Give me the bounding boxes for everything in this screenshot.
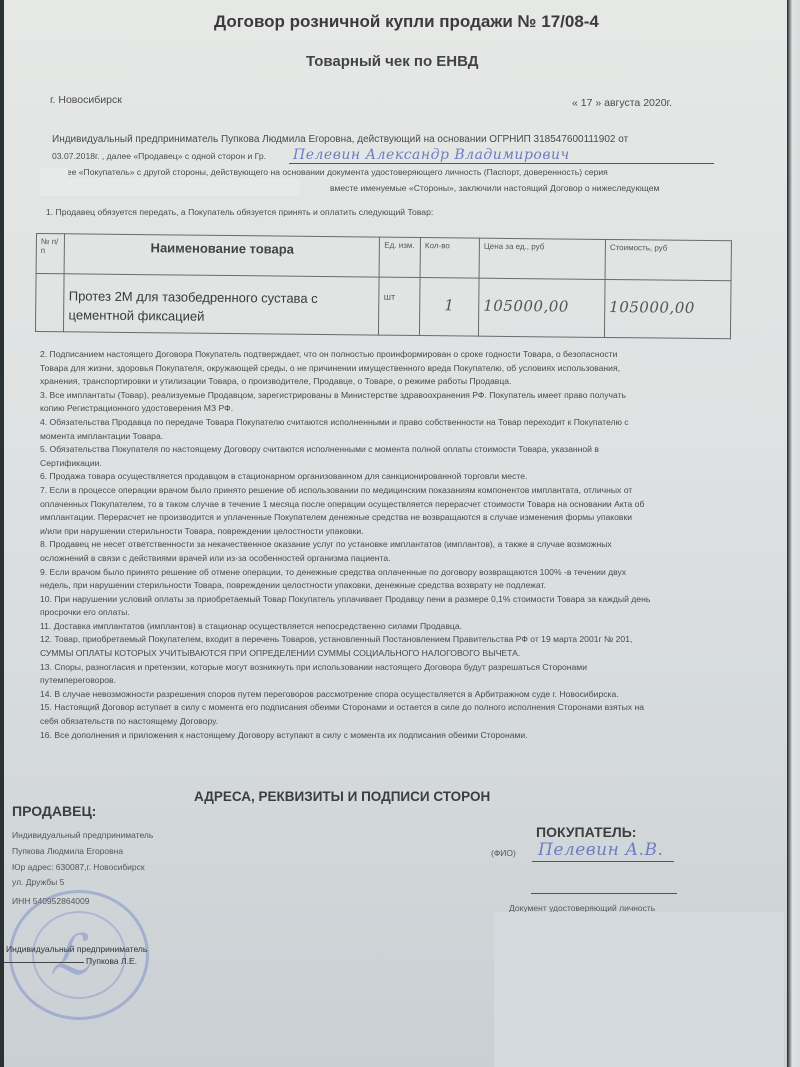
buyer-id-doc-line (531, 893, 677, 894)
seller-line: Юр адрес: 630087,г. Новосибирск (12, 862, 145, 872)
buyer-name-field: Пелевин Александр Владимирович (289, 146, 714, 164)
city: г. Новосибирск (50, 94, 122, 106)
clause-line: 2. Подписанием настоящего Договора Покуп… (40, 348, 740, 362)
redacted-passport-details (40, 178, 300, 196)
clause-line: 8. Продавец не несет ответственности за … (40, 538, 740, 552)
clause-line: и/или при нарушении стерильности Товара,… (40, 525, 740, 539)
cell-price-handwritten: 105000,00 (478, 278, 605, 337)
cell-cost-handwritten: 105000,00 (604, 279, 731, 338)
buyer-fio-handwritten: Пелевин А.В. (532, 840, 663, 860)
seller-signature-line (4, 962, 84, 963)
signatures-section-title: АДРЕСА, РЕКВИЗИТЫ И ПОДПИСИ СТОРОН (194, 789, 490, 804)
clause-line: 6. Продажа товара осуществляется продавц… (40, 470, 740, 484)
seller-sign-name: Пупкова Л.Е. (86, 956, 137, 966)
clause-line: 4. Обязательства Продавца по передаче То… (40, 416, 740, 430)
clause-1: 1. Продавец обязуется передать, а Покупа… (46, 207, 433, 217)
clause-line: 16. Все дополнения и приложения к настоя… (40, 729, 740, 743)
buyer-fio-label: (ФИО) (491, 848, 516, 858)
header-name: Наименование товара (65, 234, 380, 277)
goods-table: № п/п Наименование товара Ед. изм. Кол-в… (35, 233, 732, 339)
document-title: Договор розничной купли продажи № 17/08-… (214, 12, 599, 32)
redacted-buyer-details (494, 912, 784, 1067)
seller-sign-label: Индивидуальный предприниматель (6, 944, 147, 954)
clause-line: недель, при нарушении стерильности Товар… (40, 579, 740, 593)
document-subtitle: Товарный чек по ЕНВД (306, 53, 478, 70)
clause-line: хранения, транспортировки и утилизации Т… (40, 375, 740, 389)
clause-line: 15. Настоящий Договор вступает в силу с … (40, 701, 740, 715)
clause-line: СУММЫ ОПЛАТЫ КОТОРЫХ УЧИТЫВАЮТСЯ ПРИ ОПР… (40, 647, 740, 661)
contract-page: Договор розничной купли продажи № 17/08-… (4, 0, 789, 1067)
clause-line: 11. Доставка имплантатов (имплантов) в с… (40, 620, 740, 634)
clause-line: 9. Если врачом было принято решение об о… (40, 566, 740, 580)
preamble-line-2: 03.07.2018г. , далее «Продавец» с одной … (52, 151, 266, 161)
buyer-title: ПОКУПАТЕЛЬ: (536, 824, 636, 840)
header-qty: Кол-во (420, 238, 479, 279)
preamble-line-3: далее «Покупатель» с другой стороны, дей… (52, 167, 608, 177)
clause-line: копию Регистрационного удостоверения МЗ … (40, 402, 740, 416)
clause-line: Товара для жизни, здоровья Покупателя, о… (40, 362, 740, 376)
seller-line: Индивидуальный предприниматель (12, 830, 153, 840)
seller-line: ул. Дружбы 5 (12, 877, 64, 887)
header-price: Цена за ед., руб (479, 238, 605, 279)
stamp-monogram-icon: ℒ (50, 923, 90, 988)
contract-clauses: 2. Подписанием настоящего Договора Покуп… (40, 348, 740, 742)
clause-line: оплаченных Покупателем, то в таком случа… (40, 498, 740, 512)
clause-line: Сертификации. (40, 457, 740, 471)
clause-line: просрочки его оплаты. (40, 606, 740, 620)
clause-line: себя обязательств по настоящему Договору… (40, 715, 740, 729)
seller-title: ПРОДАВЕЦ: (12, 803, 96, 819)
clause-line: 10. При нарушении условий оплаты за прио… (40, 593, 740, 607)
cell-unit: шт (379, 277, 420, 335)
clause-line: момента имплантации Товара. (40, 430, 740, 444)
cell-item-name: Протез 2М для тазобедренного сустава с ц… (64, 274, 380, 335)
header-unit: Ед. изм. (379, 237, 420, 277)
cell-num (35, 274, 64, 332)
table-row: Протез 2М для тазобедренного сустава с ц… (35, 274, 731, 339)
page-edge-shadow (787, 0, 800, 1067)
clause-line: имплантации. Перерасчет не производится … (40, 511, 740, 525)
clause-line: 13. Споры, разногласия и претензии, кото… (40, 661, 740, 675)
header-num: № п/п (36, 234, 65, 274)
clause-line: путемпереговоров. (40, 674, 740, 688)
seller-stamp: ℒ (9, 890, 149, 1020)
contract-date: « 17 » августа 2020г. (572, 97, 672, 109)
buyer-fio-field: Пелевин А.В. (532, 840, 674, 862)
buyer-name-handwritten: Пелевин Александр Владимирович (289, 147, 570, 163)
clause-line: 12. Товар, приобретаемый Покупателем, вх… (40, 633, 740, 647)
clause-line: 7. Если в процессе операции врачом было … (40, 484, 740, 498)
clause-line: 14. В случае невозможности разрешения сп… (40, 688, 740, 702)
cell-qty-handwritten: 1 (420, 278, 480, 337)
clause-line: осложнений в связи с действиями врачей и… (40, 552, 740, 566)
clause-line: 3. Все имплантаты (Товар), реализуемые П… (40, 389, 740, 403)
preamble-line-1: Индивидуальный предприниматель Пупкова Л… (52, 134, 628, 145)
seller-line: Пупкова Людмила Егоровна (12, 846, 123, 856)
clause-line: 5. Обязательства Покупателя по настоящем… (40, 443, 740, 457)
header-cost: Стоимость, руб (605, 239, 731, 280)
preamble-line-4: вместе именуемые «Стороны», заключили на… (330, 183, 659, 193)
